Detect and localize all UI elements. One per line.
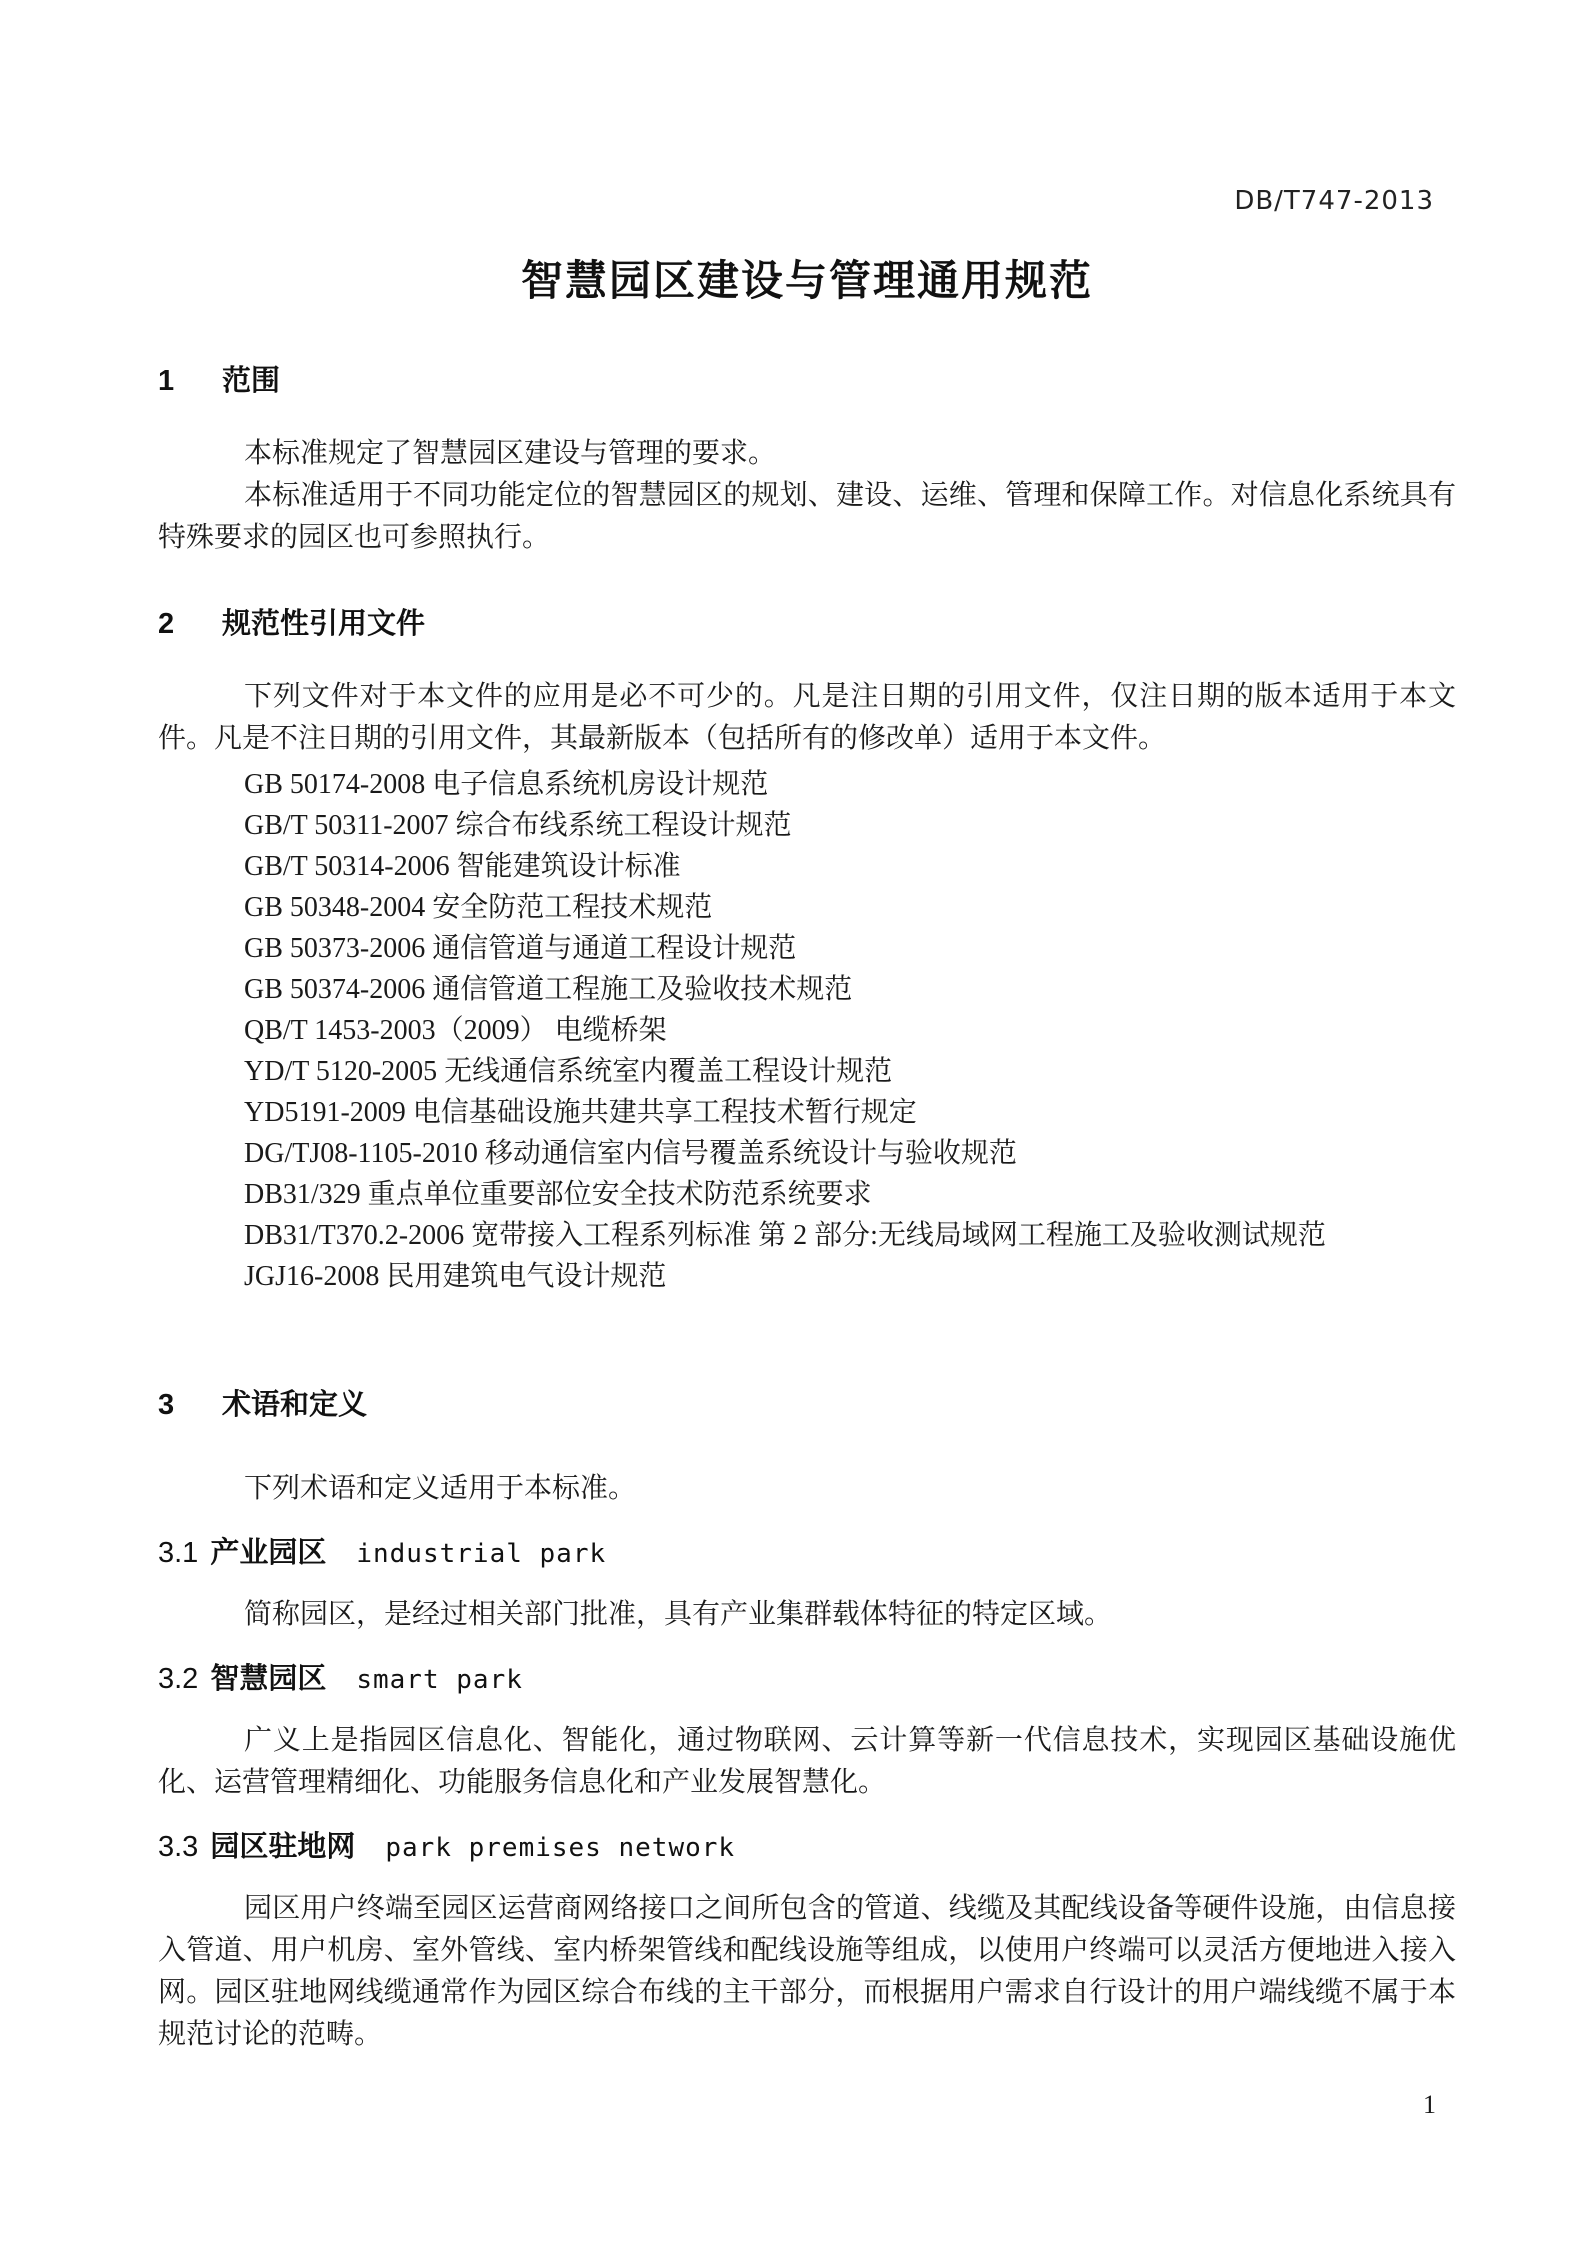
term-number: 3.3 [158, 1831, 198, 1863]
document-content: 1范围 本标准规定了智慧园区建设与管理的要求。 本标准适用于不同功能定位的智慧园… [0, 364, 1586, 2056]
term-label: 产业园区 [210, 1537, 326, 1569]
term-english: smart park [356, 1665, 523, 1695]
section-title: 范围 [222, 365, 280, 397]
section-number: 3 [158, 1388, 222, 1423]
document-page: DB/T747-2013 智慧园区建设与管理通用规范 1范围 本标准规定了智慧园… [0, 0, 1586, 2244]
term-english: industrial park [356, 1539, 606, 1569]
reference-item: DB31/T370.2-2006 宽带接入工程系列标准 第 2 部分:无线局域网… [244, 1215, 1456, 1256]
reference-item: YD/T 5120-2005 无线通信系统室内覆盖工程设计规范 [244, 1051, 1456, 1092]
section-number: 2 [158, 607, 222, 642]
section-terms-definitions: 3术语和定义 下列术语和定义适用于本标准。 3.1产业园区industrial … [158, 1388, 1456, 2056]
section-heading-scope: 1范围 [158, 364, 1456, 399]
paragraph: 下列文件对于本文件的应用是必不可少的。凡是注日期的引用文件，仅注日期的版本适用于… [158, 676, 1456, 760]
document-title: 智慧园区建设与管理通用规范 [0, 256, 1586, 306]
section-title: 规范性引用文件 [222, 608, 425, 640]
term-number: 3.1 [158, 1537, 198, 1569]
reference-item: GB 50374-2006 通信管道工程施工及验收技术规范 [244, 969, 1456, 1010]
term-heading-industrial-park: 3.1产业园区industrial park [158, 1536, 1456, 1572]
section-heading-references: 2规范性引用文件 [158, 607, 1456, 642]
term-definition: 简称园区，是经过相关部门批准，具有产业集群载体特征的特定区域。 [158, 1594, 1456, 1636]
doc-number: DB/T747-2013 [1234, 186, 1434, 216]
section-scope: 1范围 本标准规定了智慧园区建设与管理的要求。 本标准适用于不同功能定位的智慧园… [158, 364, 1456, 559]
section-title: 术语和定义 [222, 1389, 367, 1421]
reference-item: GB/T 50314-2006 智能建筑设计标准 [244, 846, 1456, 887]
term-number: 3.2 [158, 1663, 198, 1695]
reference-item: GB 50174-2008 电子信息系统机房设计规范 [244, 764, 1456, 805]
reference-item: JGJ16-2008 民用建筑电气设计规范 [244, 1256, 1456, 1297]
reference-item: QB/T 1453-2003（2009） 电缆桥架 [244, 1010, 1456, 1051]
paragraph: 下列术语和定义适用于本标准。 [158, 1468, 1456, 1510]
reference-item: GB 50348-2004 安全防范工程技术规范 [244, 887, 1456, 928]
section-number: 1 [158, 364, 222, 399]
term-definition: 园区用户终端至园区运营商网络接口之间所包含的管道、线缆及其配线设备等硬件设施，由… [158, 1888, 1456, 2056]
term-heading-park-premises-network: 3.3园区驻地网park premises network [158, 1830, 1456, 1866]
paragraph: 本标准适用于不同功能定位的智慧园区的规划、建设、运维、管理和保障工作。对信息化系… [158, 475, 1456, 559]
term-label: 园区驻地网 [210, 1831, 355, 1863]
reference-item: GB 50373-2006 通信管道与通道工程设计规范 [244, 928, 1456, 969]
term-definition: 广义上是指园区信息化、智能化，通过物联网、云计算等新一代信息技术，实现园区基础设… [158, 1720, 1456, 1804]
document-header: DB/T747-2013 [0, 0, 1586, 216]
section-normative-references: 2规范性引用文件 下列文件对于本文件的应用是必不可少的。凡是注日期的引用文件，仅… [158, 607, 1456, 1297]
reference-item: GB/T 50311-2007 综合布线系统工程设计规范 [244, 805, 1456, 846]
term-english: park premises network [385, 1833, 735, 1863]
reference-item: DG/TJ08-1105-2010 移动通信室内信号覆盖系统设计与验收规范 [244, 1133, 1456, 1174]
reference-list: GB 50174-2008 电子信息系统机房设计规范 GB/T 50311-20… [158, 764, 1456, 1297]
section-heading-terms: 3术语和定义 [158, 1388, 1456, 1423]
reference-item: DB31/329 重点单位重要部位安全技术防范系统要求 [244, 1174, 1456, 1215]
reference-item: YD5191-2009 电信基础设施共建共享工程技术暂行规定 [244, 1092, 1456, 1133]
term-heading-smart-park: 3.2智慧园区smart park [158, 1662, 1456, 1698]
paragraph: 本标准规定了智慧园区建设与管理的要求。 [158, 433, 1456, 475]
page-number: 1 [1423, 2090, 1436, 2120]
term-label: 智慧园区 [210, 1663, 326, 1695]
